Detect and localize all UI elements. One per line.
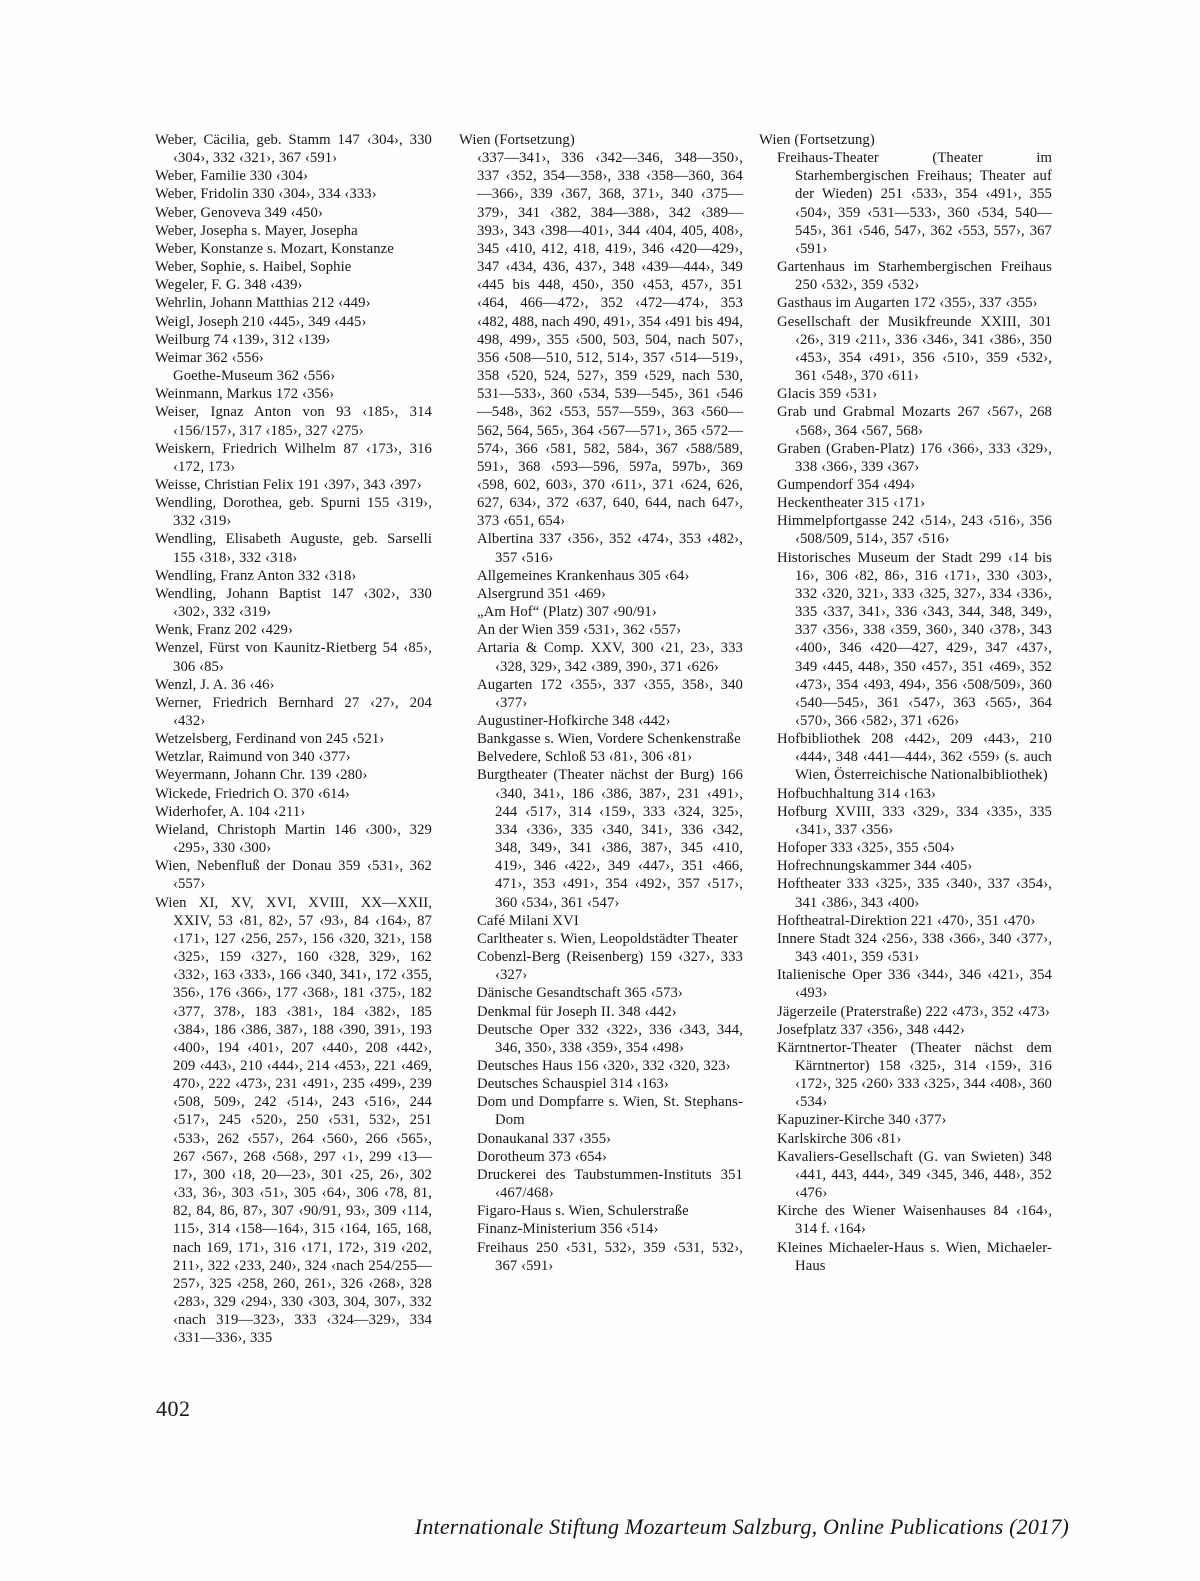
index-entry: Wien XI, XV, XVI, XVIII, XX—XXII, XXIV, … — [155, 894, 432, 1348]
index-entry: ‹337—341›, 336 ‹342—346, 348—350›, 337 ‹… — [477, 149, 743, 530]
index-column-2: Wien (Fortsetzung)‹337—341›, 336 ‹342—34… — [459, 131, 743, 1275]
index-entry: Freihaus 250 ‹531, 532›, 359 ‹531, 532›,… — [477, 1239, 743, 1275]
index-entry: Gumpendorf 354 ‹494› — [777, 476, 1052, 494]
index-entry: Donaukanal 337 ‹355› — [477, 1130, 743, 1148]
index-entry: Allgemeines Krankenhaus 305 ‹64› — [477, 567, 743, 585]
index-entry: Kirche des Wiener Waisenhauses 84 ‹164›,… — [777, 1202, 1052, 1238]
index-entry: Wehrlin, Johann Matthias 212 ‹449› — [155, 294, 432, 312]
index-entry: Carltheater s. Wien, Leopoldstädter Thea… — [477, 930, 743, 948]
index-entry: Augarten 172 ‹355›, 337 ‹355, 358›, 340 … — [477, 676, 743, 712]
index-entry: Goethe-Museum 362 ‹556› — [173, 367, 432, 385]
index-entry: Weber, Konstanze s. Mozart, Konstanze — [155, 240, 432, 258]
index-entry: Weilburg 74 ‹139›, 312 ‹139› — [155, 331, 432, 349]
index-entry: Deutsche Oper 332 ‹322›, 336 ‹343, 344, … — [477, 1021, 743, 1057]
index-entry: Wegeler, F. G. 348 ‹439› — [155, 276, 432, 294]
index-entry: Weber, Genoveva 349 ‹450› — [155, 204, 432, 222]
index-entry: Karlskirche 306 ‹81› — [777, 1130, 1052, 1148]
index-entry: Weiser, Ignaz Anton von 93 ‹185›, 314 ‹1… — [155, 403, 432, 439]
index-entry: Albertina 337 ‹356›, 352 ‹474›, 353 ‹482… — [477, 530, 743, 566]
index-entry: Weisse, Christian Felix 191 ‹397›, 343 ‹… — [155, 476, 432, 494]
index-entry: Innere Stadt 324 ‹256›, 338 ‹366›, 340 ‹… — [777, 930, 1052, 966]
index-entry: Glacis 359 ‹531› — [777, 385, 1052, 403]
index-entry: Gartenhaus im Starhembergischen Freihaus… — [777, 258, 1052, 294]
index-column-3: Wien (Fortsetzung)Freihaus-Theater (Thea… — [759, 131, 1052, 1275]
index-entry: Hofrechnungskammer 344 ‹405› — [777, 857, 1052, 875]
index-entry: Italienische Oper 336 ‹344›, 346 ‹421›, … — [777, 966, 1052, 1002]
index-entry: Weiskern, Friedrich Wilhelm 87 ‹173›, 31… — [155, 440, 432, 476]
index-entry: Cobenzl-Berg (Reisenberg) 159 ‹327›, 333… — [477, 948, 743, 984]
index-entry: Dom und Dompfarre s. Wien, St. Stephans-… — [477, 1093, 743, 1129]
index-entry: Wendling, Johann Baptist 147 ‹302›, 330 … — [155, 585, 432, 621]
index-column-1: Weber, Cäcilia, geb. Stamm 147 ‹304›, 33… — [155, 131, 432, 1347]
index-entry: Weimar 362 ‹556› — [155, 349, 432, 367]
index-entry: Figaro-Haus s. Wien, Schulerstraße — [477, 1202, 743, 1220]
index-entry: Weber, Sophie, s. Haibel, Sophie — [155, 258, 432, 276]
index-entry: Belvedere, Schloß 53 ‹81›, 306 ‹81› — [477, 748, 743, 766]
index-entry: Deutsches Haus 156 ‹320›, 332 ‹320, 323› — [477, 1057, 743, 1075]
index-entry: Freihaus-Theater (Theater im Starhemberg… — [777, 149, 1052, 258]
index-entry: Wenk, Franz 202 ‹429› — [155, 621, 432, 639]
index-entry: Denkmal für Joseph II. 348 ‹442› — [477, 1003, 743, 1021]
index-entry: Burgtheater (Theater nächst der Burg) 16… — [477, 766, 743, 911]
index-entry: Dorotheum 373 ‹654› — [477, 1148, 743, 1166]
index-entry: Jägerzeile (Praterstraße) 222 ‹473›, 352… — [777, 1003, 1052, 1021]
index-entry: An der Wien 359 ‹531›, 362 ‹557› — [477, 621, 743, 639]
index-entry: Wendling, Dorothea, geb. Spurni 155 ‹319… — [155, 494, 432, 530]
index-entry: Bankgasse s. Wien, Vordere Schenkenstraß… — [477, 730, 743, 748]
index-entry: Heckentheater 315 ‹171› — [777, 494, 1052, 512]
index-entry: Gesellschaft der Musikfreunde XXIII, 301… — [777, 313, 1052, 386]
index-entry: Weber, Josepha s. Mayer, Josepha — [155, 222, 432, 240]
index-entry: Weigl, Joseph 210 ‹445›, 349 ‹445› — [155, 313, 432, 331]
index-entry: Druckerei des Taubstummen-Instituts 351 … — [477, 1166, 743, 1202]
index-entry: Wendling, Franz Anton 332 ‹318› — [155, 567, 432, 585]
index-page: Weber, Cäcilia, geb. Stamm 147 ‹304›, 33… — [0, 0, 1200, 1581]
index-entry: Historisches Museum der Stadt 299 ‹14 bi… — [777, 549, 1052, 731]
index-entry: Hofbibliothek 208 ‹442›, 209 ‹443›, 210 … — [777, 730, 1052, 784]
page-number: 402 — [156, 1396, 191, 1422]
index-entry: Alsergrund 351 ‹469› — [477, 585, 743, 603]
index-entry: Gasthaus im Augarten 172 ‹355›, 337 ‹355… — [777, 294, 1052, 312]
index-entry: Hofburg XVIII, 333 ‹329›, 334 ‹335›, 335… — [777, 803, 1052, 839]
index-entry: Wickede, Friedrich O. 370 ‹614› — [155, 785, 432, 803]
index-entry: Kleines Michaeler-Haus s. Wien, Michaele… — [777, 1239, 1052, 1275]
index-entry: Wieland, Christoph Martin 146 ‹300›, 329… — [155, 821, 432, 857]
index-entry: Weinmann, Markus 172 ‹356› — [155, 385, 432, 403]
index-entry: Wien, Nebenfluß der Donau 359 ‹531›, 362… — [155, 857, 432, 893]
index-entry: Augustiner-Hofkirche 348 ‹442› — [477, 712, 743, 730]
index-entry: Wetzlar, Raimund von 340 ‹377› — [155, 748, 432, 766]
index-entry: Kärntnertor-Theater (Theater nächst dem … — [777, 1039, 1052, 1112]
index-entry: Wetzelsberg, Ferdinand von 245 ‹521› — [155, 730, 432, 748]
index-entry: Josefplatz 337 ‹356›, 348 ‹442› — [777, 1021, 1052, 1039]
index-entry: Weber, Cäcilia, geb. Stamm 147 ‹304›, 33… — [155, 131, 432, 167]
index-entry: Wendling, Elisabeth Auguste, geb. Sarsel… — [155, 530, 432, 566]
index-entry: Weber, Familie 330 ‹304› — [155, 167, 432, 185]
index-entry: Hofoper 333 ‹325›, 355 ‹504› — [777, 839, 1052, 857]
index-section-header: Wien (Fortsetzung) — [459, 131, 743, 149]
index-section-header: Wien (Fortsetzung) — [759, 131, 1052, 149]
index-entry: Kavaliers-Gesellschaft (G. van Swieten) … — [777, 1148, 1052, 1202]
index-entry: Hofbuchhaltung 314 ‹163› — [777, 785, 1052, 803]
index-entry: Werner, Friedrich Bernhard 27 ‹27›, 204 … — [155, 694, 432, 730]
index-entry: Weber, Fridolin 330 ‹304›, 334 ‹333› — [155, 185, 432, 203]
index-entry: Café Milani XVI — [477, 912, 743, 930]
index-entry: Kapuziner-Kirche 340 ‹377› — [777, 1111, 1052, 1129]
index-entry: Hoftheatral-Direktion 221 ‹470›, 351 ‹47… — [777, 912, 1052, 930]
index-entry: Grab und Grabmal Mozarts 267 ‹567›, 268 … — [777, 403, 1052, 439]
index-entry: Wenzl, J. A. 36 ‹46› — [155, 676, 432, 694]
index-entry: Widerhofer, A. 104 ‹211› — [155, 803, 432, 821]
index-entry: Hoftheater 333 ‹325›, 335 ‹340›, 337 ‹35… — [777, 875, 1052, 911]
index-entry: Finanz-Ministerium 356 ‹514› — [477, 1220, 743, 1238]
index-entry: Deutsches Schauspiel 314 ‹163› — [477, 1075, 743, 1093]
index-entry: Artaria & Comp. XXV, 300 ‹21, 23›, 333 ‹… — [477, 639, 743, 675]
footer-publication-note: Internationale Stiftung Mozarteum Salzbu… — [415, 1514, 1069, 1540]
index-entry: Himmelpfortgasse 242 ‹514›, 243 ‹516›, 3… — [777, 512, 1052, 548]
index-entry: Graben (Graben-Platz) 176 ‹366›, 333 ‹32… — [777, 440, 1052, 476]
index-entry: Dänische Gesandtschaft 365 ‹573› — [477, 984, 743, 1002]
index-entry: „Am Hof“ (Platz) 307 ‹90/91› — [477, 603, 743, 621]
index-entry: Weyermann, Johann Chr. 139 ‹280› — [155, 766, 432, 784]
index-entry: Wenzel, Fürst von Kaunitz-Rietberg 54 ‹8… — [155, 639, 432, 675]
